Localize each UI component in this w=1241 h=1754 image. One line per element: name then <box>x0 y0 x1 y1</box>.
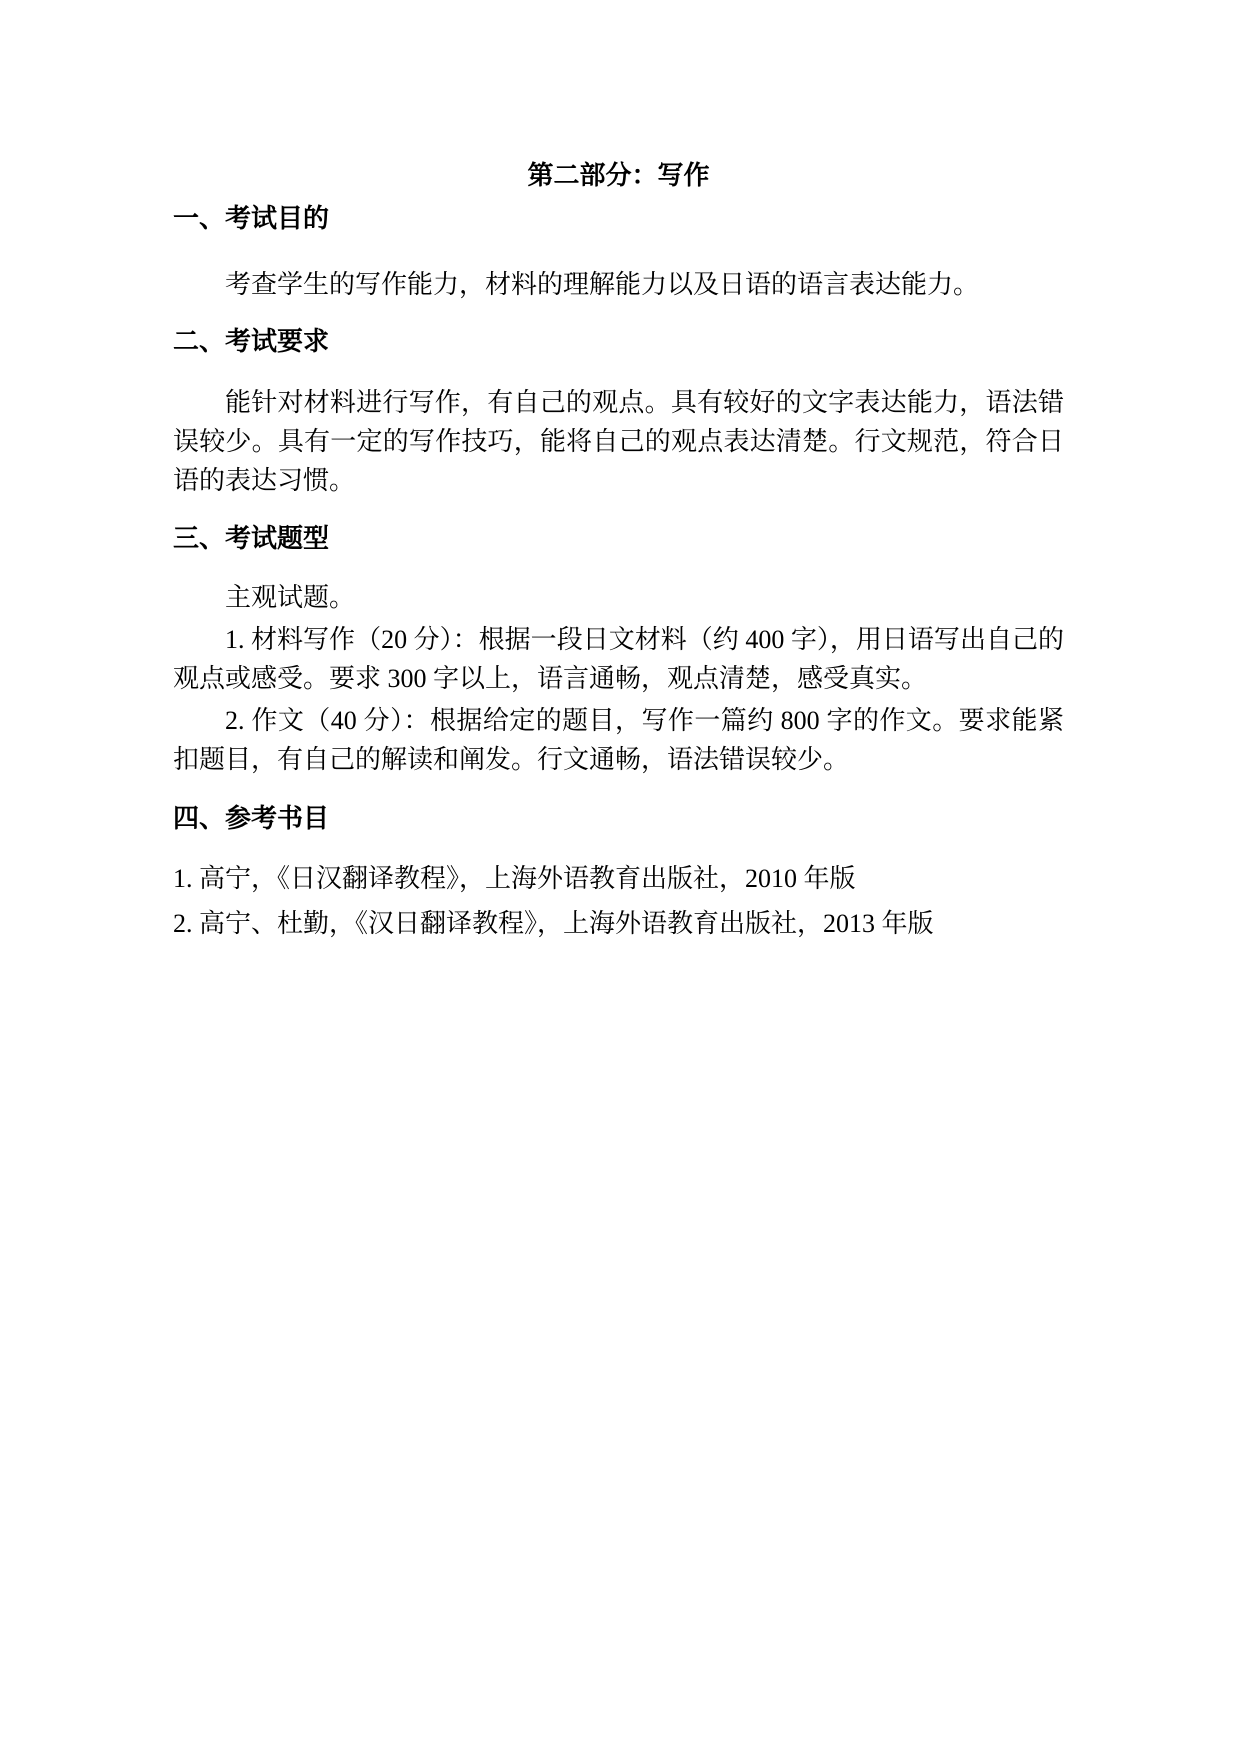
section-heading-exam-purpose: 一、考试目的 <box>173 198 1064 238</box>
reference-item-2: 2. 高宁、杜勤，《汉日翻译教程》，上海外语教育出版社，2013 年版 <box>173 904 1064 944</box>
section-heading-exam-requirements: 二、考试要求 <box>173 321 1064 361</box>
section-reference-books: 四、参考书目 1. 高宁，《日汉翻译教程》，上海外语教育出版社，2010 年版 … <box>173 798 1064 944</box>
paragraph-exam-purpose: 考查学生的写作能力，材料的理解能力以及日语的语言表达能力。 <box>173 265 1064 304</box>
document-page: 第二部分：写作 一、考试目的 考查学生的写作能力，材料的理解能力以及日语的语言表… <box>0 0 1241 1754</box>
paragraph-item-essay: 2. 作文（40 分）：根据给定的题目，写作一篇约 800 字的作文。要求能紧扣… <box>173 701 1064 779</box>
section-question-types: 三、考试题型 主观试题。 1. 材料写作（20 分）：根据一段日文材料（约 40… <box>173 518 1064 779</box>
section-heading-question-types: 三、考试题型 <box>173 518 1064 558</box>
reference-item-1: 1. 高宁，《日汉翻译教程》，上海外语教育出版社，2010 年版 <box>173 859 1064 899</box>
paragraph-item-material-writing: 1. 材料写作（20 分）：根据一段日文材料（约 400 字），用日语写出自己的… <box>173 620 1064 698</box>
section-exam-purpose: 一、考试目的 考查学生的写作能力，材料的理解能力以及日语的语言表达能力。 <box>173 198 1064 304</box>
section-heading-reference-books: 四、参考书目 <box>173 798 1064 838</box>
paragraph-subjective-questions: 主观试题。 <box>173 578 1064 617</box>
document-title: 第二部分：写作 <box>173 155 1064 195</box>
paragraph-exam-requirements: 能针对材料进行写作，有自己的观点。具有较好的文字表达能力，语法错误较少。具有一定… <box>173 383 1064 500</box>
section-exam-requirements: 二、考试要求 能针对材料进行写作，有自己的观点。具有较好的文字表达能力，语法错误… <box>173 321 1064 500</box>
